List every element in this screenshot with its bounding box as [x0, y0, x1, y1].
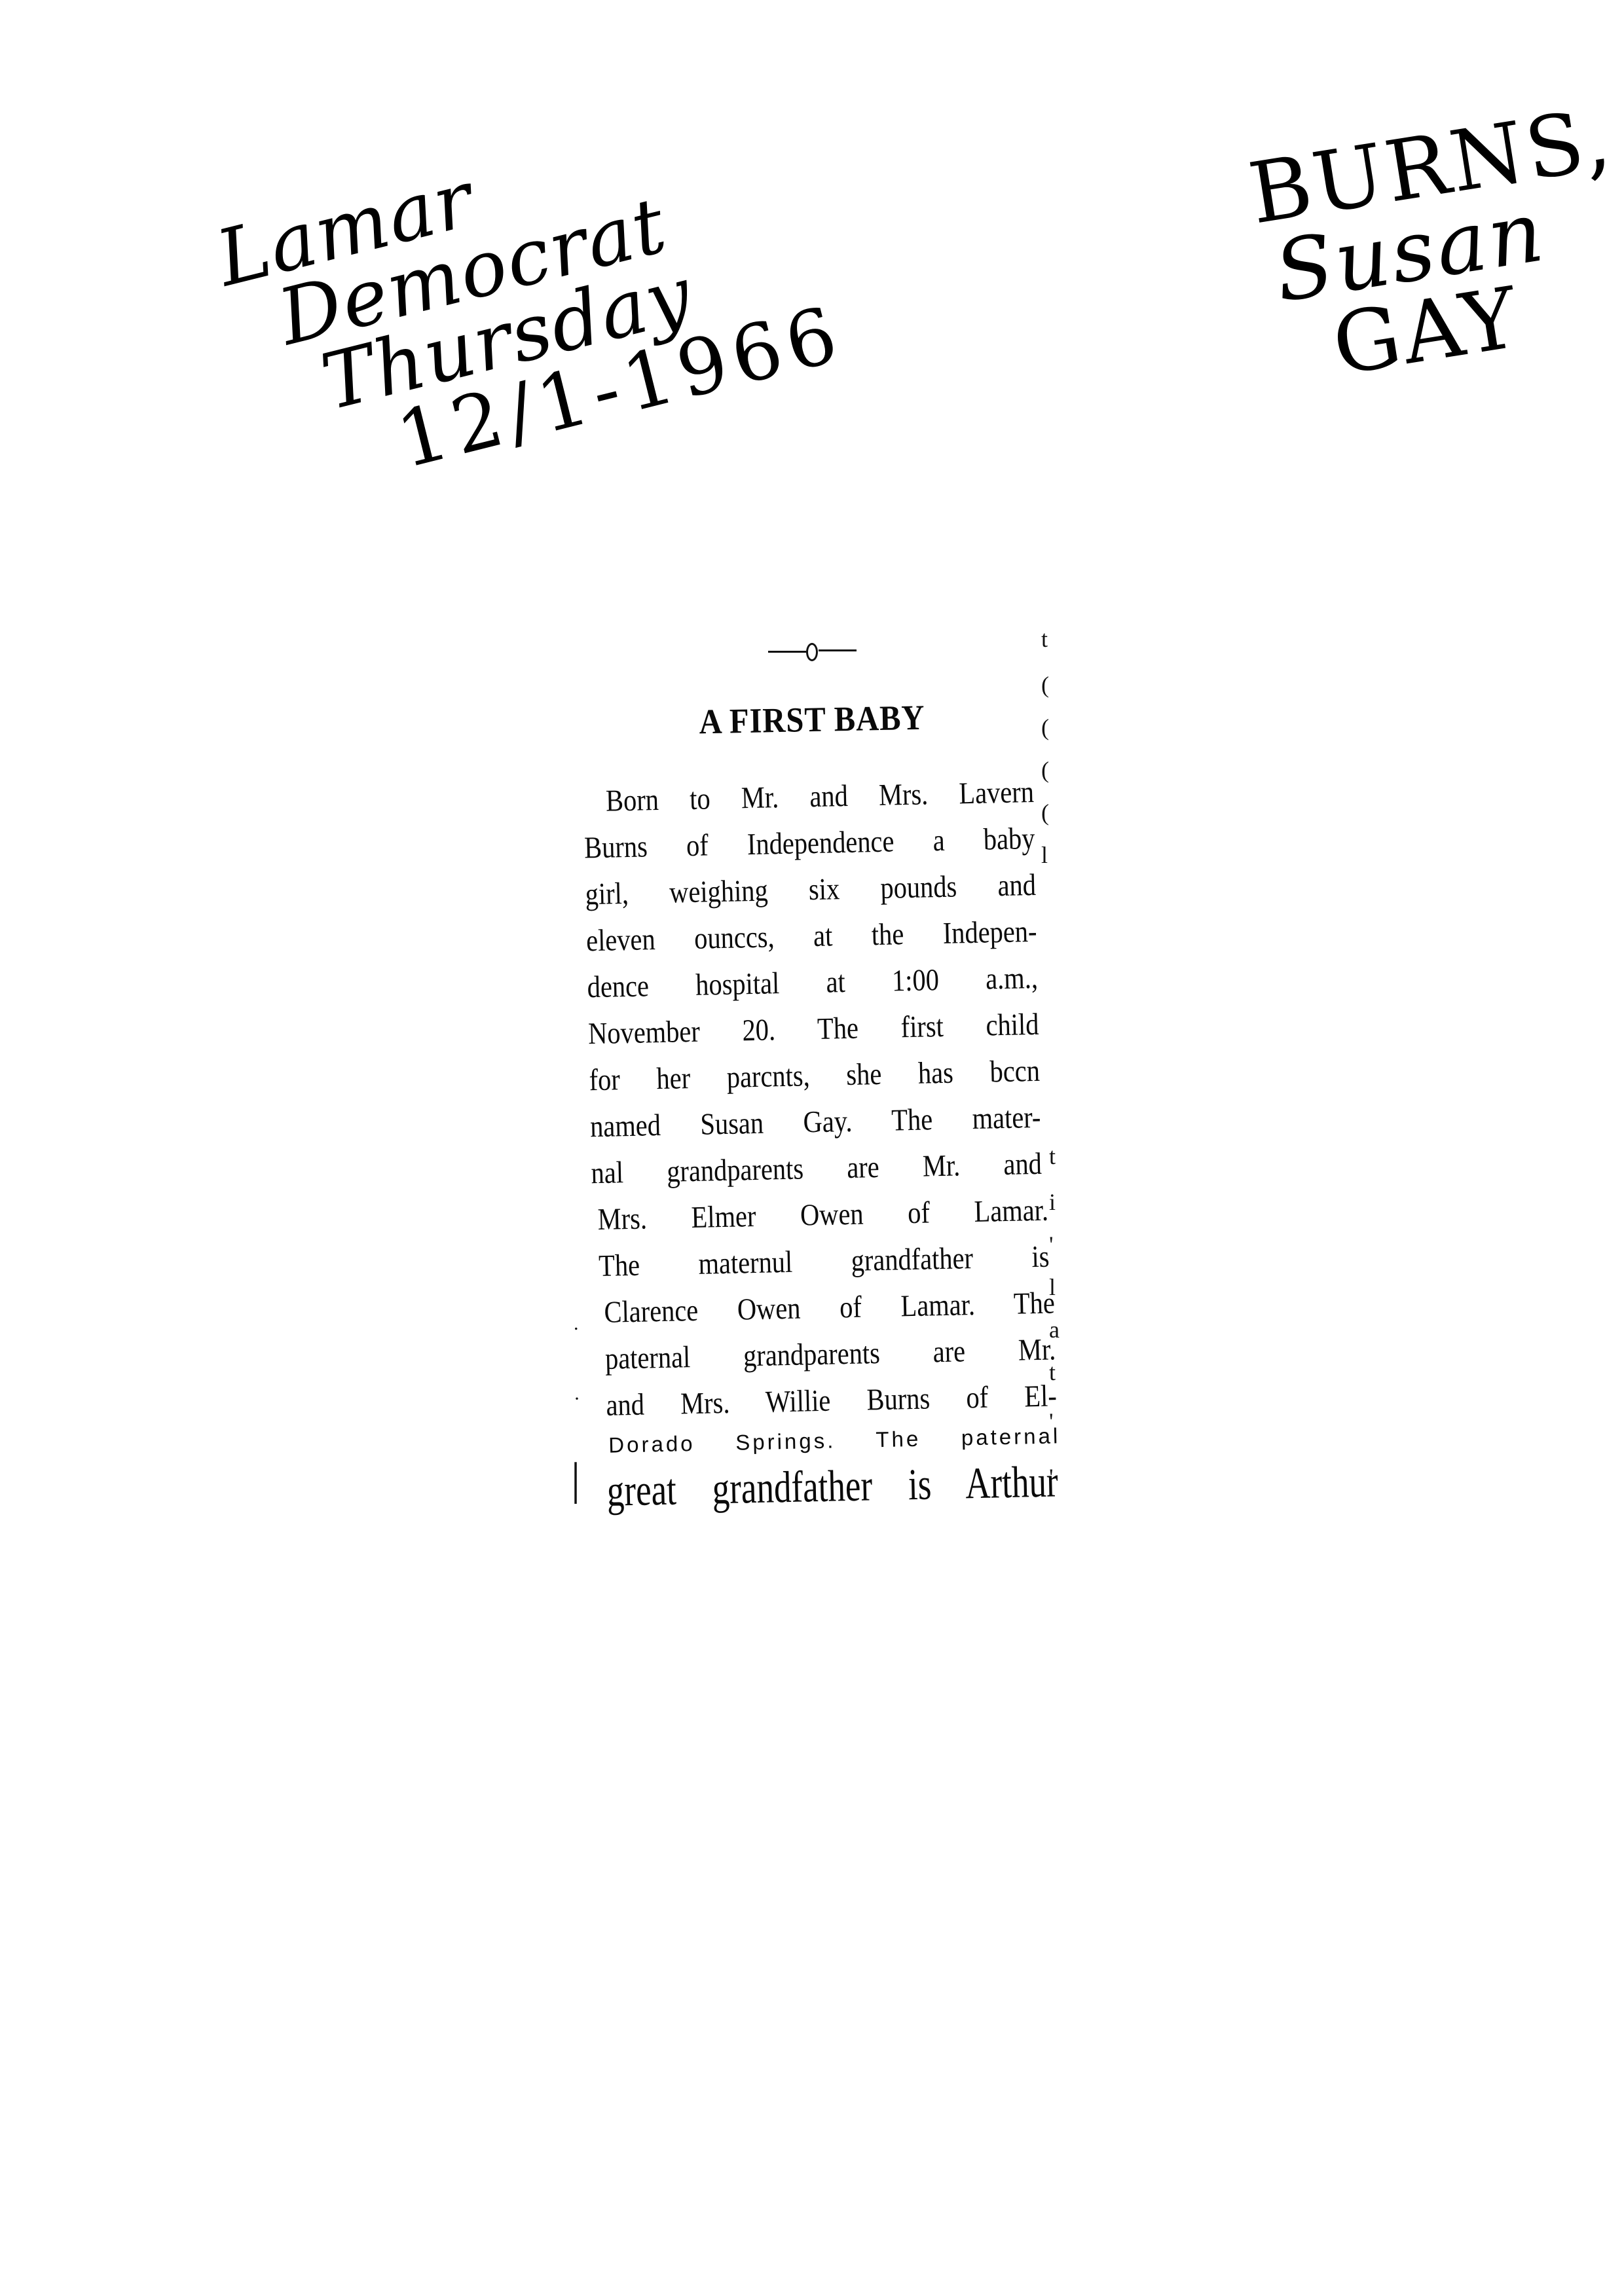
article-headline: A FIRST BABY [588, 695, 1037, 744]
column-fragment: l [1041, 841, 1048, 869]
column-fragment: ' [1049, 1231, 1054, 1258]
column-fragment: t [1041, 625, 1048, 653]
column-fragment: ' [1049, 1408, 1054, 1435]
column-fragment: ( [1041, 714, 1049, 741]
article-line: great grandfather is Arthur [597, 1452, 1059, 1520]
newspaper-clipping: A FIRST BABY Born to Mr. and Mrs. Lavern… [563, 629, 1061, 1520]
handwritten-publication-note: Lamar Democrat Thursday 12/1-1966 [210, 81, 850, 511]
column-fragment: t [1049, 1358, 1056, 1386]
section-divider-ornament [768, 642, 857, 661]
scan-edge-mark: | [571, 1457, 580, 1503]
column-fragment: ( [1041, 799, 1049, 826]
column-fragment: ( [1041, 756, 1049, 784]
column-fragment: t [1049, 1142, 1056, 1170]
divider-ring-icon [806, 643, 818, 661]
divider-rule-left [768, 651, 806, 653]
scan-edge-mark: · [574, 1388, 580, 1410]
article-body: Born to Mr. and Mrs. Lavern Burns of Ind… [563, 769, 1050, 1520]
handwritten-subject-note: BURNS, Susan GAY [1225, 97, 1624, 400]
scan-edge-mark: . [574, 1313, 579, 1335]
column-fragment: ' [1049, 1463, 1054, 1491]
scanned-document-page: Lamar Democrat Thursday 12/1-1966 BURNS,… [0, 0, 1624, 2296]
column-fragment: i [1049, 1188, 1056, 1216]
column-fragment: l [1049, 1273, 1056, 1301]
column-fragment: ( [1041, 671, 1049, 699]
column-fragment: a [1049, 1316, 1060, 1343]
divider-rule-right [819, 649, 857, 651]
